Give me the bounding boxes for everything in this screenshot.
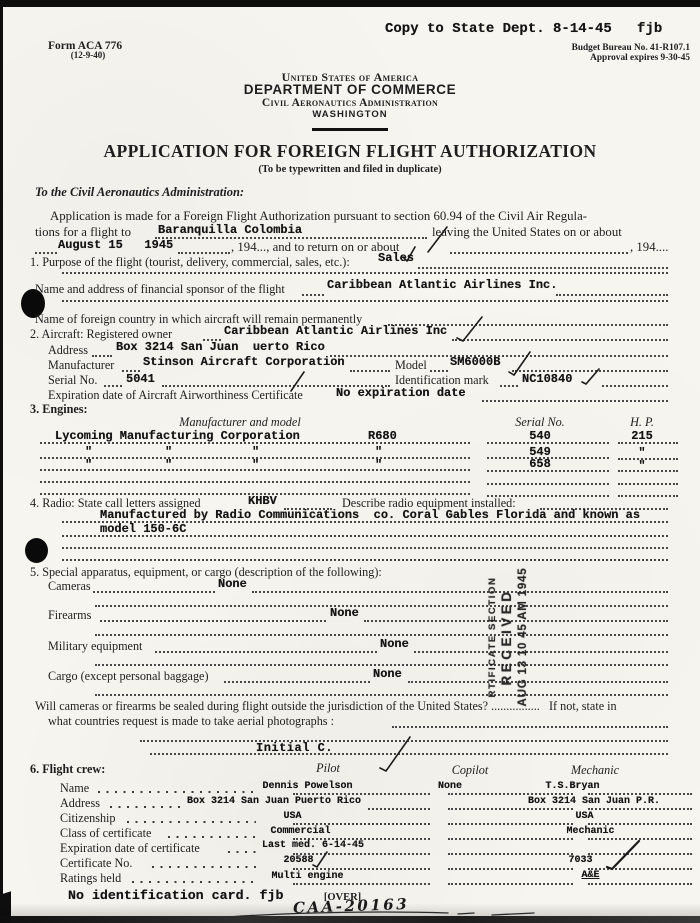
special-firearms-entry: None — [330, 607, 359, 620]
dotted-line — [62, 272, 668, 274]
received-stamp-section-line: RTIFICATE SECTION — [487, 561, 498, 713]
intro-line-3-end: , 194.... — [630, 241, 668, 255]
aircraft-address-entry: Box 3214 San Juan uerto Rico — [116, 341, 325, 354]
aircraft-manufacturer-label: Manufacturer — [48, 359, 114, 372]
page-subtitle: (To be typewritten and filed in duplicat… — [0, 164, 700, 175]
dotted-line — [62, 547, 668, 549]
form-revision: (12-9-40) — [48, 51, 128, 61]
departure-date-entry: August 15 1945 — [58, 239, 173, 252]
header-divider-rule — [312, 128, 388, 131]
crew-address-pilot: Box 3214 San Juan Puerto Rico — [187, 797, 361, 808]
aircraft-owner-entry: Caribbean Atlantic Airlines Inc — [224, 325, 447, 338]
special-heading: 5. Special apparatus, equipment, or carg… — [30, 566, 382, 579]
crew-class-pilot: Commercial — [243, 827, 358, 838]
dotted-line — [452, 339, 668, 341]
copy-note: Copy to State Dept. 8-14-45 fjb — [385, 22, 662, 37]
dotted-line — [588, 853, 692, 855]
dotted-line — [448, 793, 573, 795]
dotted-line — [224, 681, 370, 683]
engines-col-hp: H. P. — [612, 416, 672, 429]
scan-edge-left — [0, 0, 3, 923]
dotted-line — [487, 470, 609, 472]
scan-edge-top — [0, 0, 700, 7]
dotted-line — [293, 868, 430, 870]
dotted-line — [487, 442, 609, 444]
crew-row-label: Address — [60, 797, 100, 810]
intro-line-1: Application is made for a Foreign Flight… — [50, 210, 587, 224]
dotted-line — [392, 726, 668, 728]
dotted-line — [293, 823, 430, 825]
aircraft-model-entry: SM6000B — [450, 356, 500, 369]
dotted-line — [178, 252, 230, 254]
crew-ratings-pilot: Multi engine — [250, 872, 365, 883]
dotted-line — [588, 793, 692, 795]
dot-leader — [98, 791, 256, 793]
dotted-line — [93, 591, 215, 593]
agency-line-washington: WASHINGTON — [175, 110, 525, 120]
dotted-line — [92, 355, 112, 357]
radio-desc-line2: model 150-6C — [100, 523, 186, 536]
crew-row-label: Certificate No. — [60, 857, 132, 870]
crew-name-pilot: Dennis Powelson — [250, 782, 365, 793]
radio-desc-line1: Manufactured by Radio Communications co.… — [100, 509, 640, 522]
dotted-line — [150, 753, 668, 755]
crew-col-mechanic: Mechanic — [558, 764, 632, 777]
crew-citizenship-pilot: USA — [235, 812, 350, 823]
dot-leader — [132, 881, 256, 883]
hole-punch-dot — [25, 538, 48, 563]
crew-row-label: Name — [60, 782, 89, 795]
destination-entry: Baranquilla Colombia — [158, 224, 302, 237]
special-cameras-label: Cameras — [48, 580, 91, 593]
crew-col-pilot: Pilot — [298, 762, 358, 775]
dotted-line — [487, 483, 609, 485]
dotted-line — [588, 823, 692, 825]
crew-row-label: Expiration date of certificate — [60, 842, 200, 855]
dotted-line — [40, 469, 470, 471]
check-mark — [457, 317, 482, 341]
scan-edge-bottom — [0, 916, 700, 923]
sponsor-label: Name and address of financial sponsor of… — [35, 283, 285, 296]
sponsor-entry: Caribbean Atlantic Airlines Inc. — [327, 279, 557, 292]
dotted-line — [430, 370, 448, 372]
dotted-line — [62, 535, 668, 537]
dotted-line — [40, 442, 470, 444]
special-military-label: Military equipment — [48, 640, 142, 653]
dotted-line — [618, 495, 678, 497]
special-cameras-entry: None — [218, 578, 247, 591]
aircraft-address-label: Address — [48, 344, 88, 357]
airworthiness-entry: No expiration date — [336, 387, 466, 400]
engines-col-serial: Serial No. — [500, 416, 580, 429]
page-title: APPLICATION FOR FOREIGN FLIGHT AUTHORIZA… — [0, 142, 700, 161]
engine-row1-serial: 540 — [495, 430, 585, 443]
dotted-line — [588, 838, 692, 840]
crew-class-mechanic: Mechanic — [533, 827, 648, 838]
dotted-line — [556, 294, 668, 296]
caa-file-number-handwritten: CAA-20163 — [293, 896, 410, 916]
budget-bureau-number: Budget Bureau No. 41-R107.1 — [480, 43, 690, 53]
dotted-line — [35, 252, 57, 254]
dotted-line — [302, 294, 324, 296]
aircraft-serial-entry: 5041 — [126, 373, 155, 386]
received-stamp-received-line: RECEIVED — [499, 561, 514, 713]
crew-row-label: Class of certificate — [60, 827, 151, 840]
dotted-line — [618, 470, 678, 472]
engine-row1-hp: 215 — [612, 430, 672, 443]
crew-row-label: Ratings held — [60, 872, 121, 885]
crew-row-label: Citizenship — [60, 812, 116, 825]
dotted-line — [500, 385, 518, 387]
dotted-line — [350, 370, 390, 372]
dotted-line — [618, 483, 678, 485]
purpose-entry: Sales — [378, 252, 414, 265]
dotted-line — [293, 793, 430, 795]
aircraft-model-label: Model — [395, 359, 427, 372]
dotted-line — [448, 808, 573, 810]
special-cargo-label: Cargo (except personal baggage) — [48, 670, 209, 683]
dotted-line — [418, 267, 668, 269]
dotted-line — [588, 808, 692, 810]
dotted-line — [62, 559, 668, 561]
engine-row1-maker: Lycoming Manufacturing Corporation — [55, 430, 300, 443]
dotted-line — [104, 385, 122, 387]
intro-line-3-mid: , 194..., and to return on or about — [231, 241, 399, 255]
no-id-note: No identification card. fjb — [68, 889, 283, 903]
special-military-entry: None — [380, 638, 409, 651]
agency-line-caa: Civil Aeronautics Administration — [175, 97, 525, 109]
aircraft-manufacturer-entry: Stinson Aircraft Corporation — [143, 356, 345, 369]
crew-name-copilot: None — [420, 782, 480, 793]
purpose-label: 1. Purpose of the flight (tourist, deliv… — [30, 256, 350, 269]
dotted-line — [95, 664, 668, 666]
aircraft-serial-label: Serial No. — [48, 374, 97, 387]
salutation: To the Civil Aeronautics Administration: — [35, 186, 244, 200]
crew-address-mechanic: Box 3214 San Juan P.R. — [528, 797, 660, 808]
dotted-line — [140, 740, 668, 742]
crew-expiration-pilot: Last med. 6-14-45 — [248, 841, 378, 852]
dotted-line — [450, 252, 628, 254]
crew-heading: 6. Flight crew: — [30, 763, 105, 776]
agency-line-department: DEPARTMENT OF COMMERCE — [175, 83, 525, 98]
dot-leader — [110, 806, 182, 808]
dotted-line — [252, 591, 668, 593]
dotted-line — [588, 868, 692, 870]
intro-line-2-post: leaving the United States on or about — [432, 226, 622, 240]
dotted-line — [293, 883, 430, 885]
engine-row1-model: R680 — [368, 430, 397, 443]
crew-ratings-mechanic: A&E — [533, 871, 648, 882]
dotted-line — [95, 605, 668, 607]
dotted-line — [100, 620, 326, 622]
initial-note-entry: Initial C. — [256, 742, 333, 755]
crew-citizenship-mechanic: USA — [527, 812, 642, 823]
engine-row3-serial: 658 — [495, 458, 585, 471]
crew-col-copilot: Copilot — [438, 764, 502, 777]
dotted-line — [482, 400, 668, 402]
received-stamp-date-line: AUG 13 10 45 AM 1945 — [517, 561, 529, 713]
engines-heading: 3. Engines: — [30, 403, 88, 416]
radio-call-letters-entry: KHBV — [248, 495, 277, 508]
dotted-line — [62, 300, 668, 302]
special-firearms-label: Firearms — [48, 609, 91, 622]
dotted-line — [40, 481, 470, 483]
scanned-form-page: Copy to State Dept. 8-14-45 fjb Form ACA… — [0, 0, 700, 923]
special-cargo-entry: None — [373, 668, 402, 681]
engines-col-maker: Manufacturer and model — [140, 416, 340, 429]
dotted-line — [155, 651, 377, 653]
sealed-question-line2: what countries request is made to take a… — [48, 715, 334, 728]
aircraft-ident-entry: NC10840 — [522, 373, 572, 386]
crew-name-mechanic: T.S.Bryan — [515, 782, 630, 793]
budget-approval-expires: Approval expires 9-30-45 — [480, 53, 690, 63]
dotted-line — [368, 808, 430, 810]
dotted-line — [448, 838, 573, 840]
dotted-line — [155, 237, 427, 239]
dotted-line — [618, 442, 678, 444]
dotted-line — [588, 883, 692, 885]
dotted-line — [448, 868, 573, 870]
dotted-line — [602, 385, 668, 387]
dotted-line — [448, 853, 573, 855]
crew-certno-mechanic: 7033 — [523, 856, 638, 867]
crew-certno-pilot: 20588 — [241, 856, 356, 867]
dotted-line — [95, 694, 668, 696]
dotted-line — [95, 634, 668, 636]
airworthiness-label: Expiration date of Aircraft Airworthines… — [48, 389, 303, 402]
dotted-line — [448, 823, 573, 825]
received-stamp: RTIFICATE SECTION RECEIVED AUG 13 10 45 … — [487, 561, 555, 713]
dotted-line — [448, 883, 573, 885]
